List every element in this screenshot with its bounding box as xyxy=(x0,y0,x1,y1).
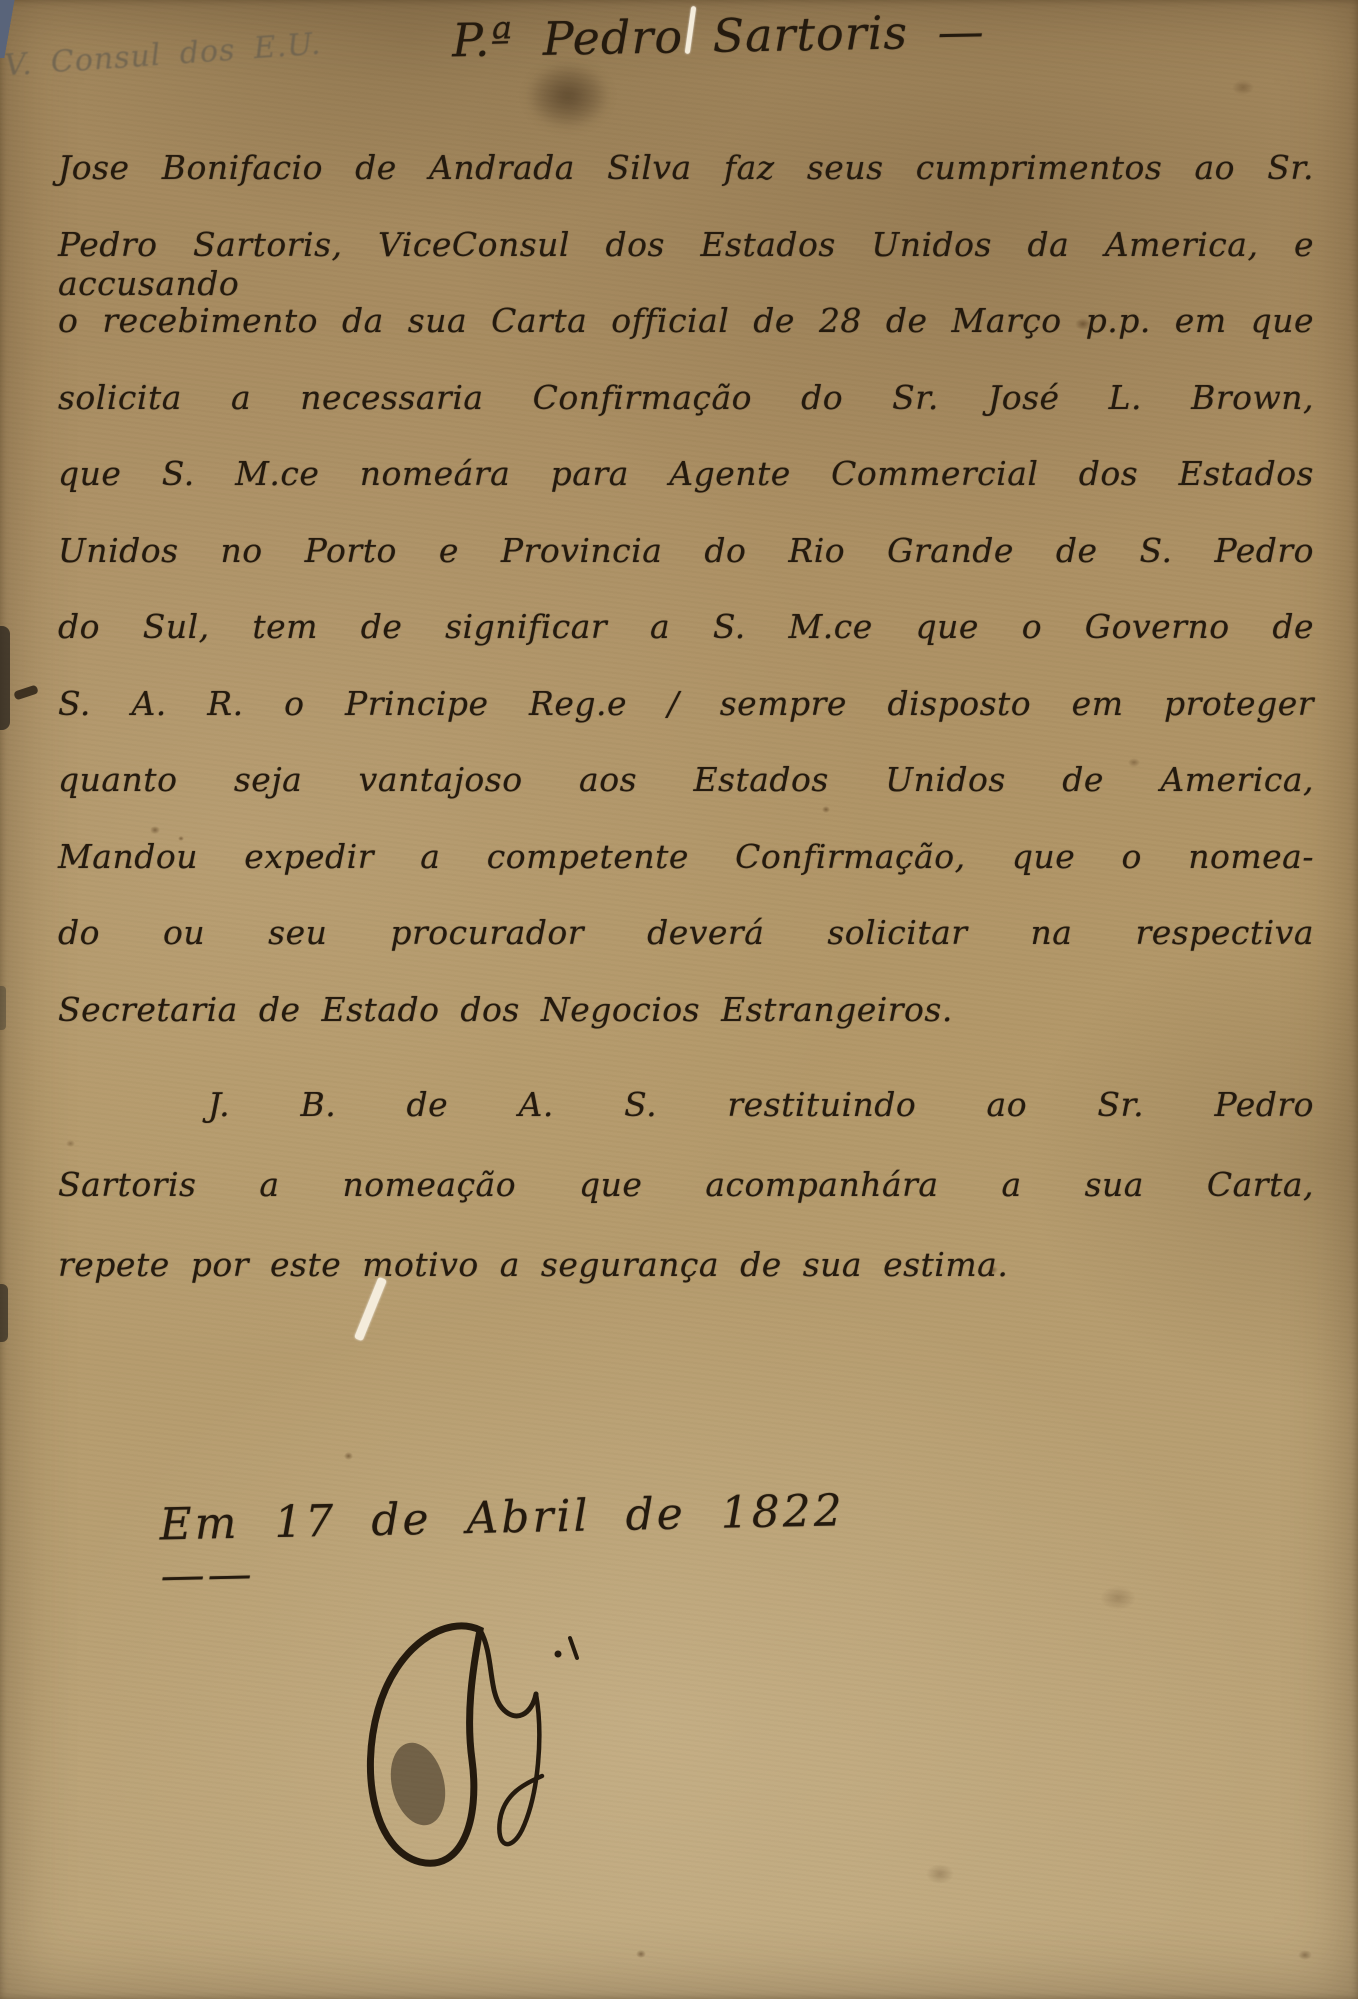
paragraph-2: J. B. de A. S. restituindo ao Sr. Pedro … xyxy=(58,1085,1314,1325)
manuscript-line: Secretaria de Estado dos Negocios Estran… xyxy=(58,990,1314,1067)
paragraph-1: Jose Bonifacio de Andrada Silva faz seus… xyxy=(58,148,1314,1066)
pencil-annotation: V. Consul dos E.U. xyxy=(3,19,424,83)
page-edge-mark xyxy=(0,0,16,58)
manuscript-line: o recebimento da sua Carta official de 2… xyxy=(58,301,1314,378)
manuscript-line: Mandou expedir a competente Confirmação,… xyxy=(58,837,1314,914)
date-line: Em 17 de Abril de 1822 —— xyxy=(159,1484,881,1601)
stain xyxy=(822,806,830,813)
signature-flourish xyxy=(330,1612,610,1902)
ink-smudge xyxy=(512,52,624,140)
stain xyxy=(1128,758,1140,767)
manuscript-line: Unidos no Porto e Provincia do Rio Grand… xyxy=(58,531,1314,608)
stain xyxy=(1298,1950,1312,1960)
stain xyxy=(1100,1586,1136,1610)
manuscript-line: do Sul, tem de significar a S. M.ce que … xyxy=(58,607,1314,684)
manuscript-line: solicita a necessaria Confirmação do Sr.… xyxy=(58,378,1314,455)
manuscript-line: Pedro Sartoris, ViceConsul dos Estados U… xyxy=(58,225,1314,302)
manuscript-line: Sartoris a nomeação que acompanhára a su… xyxy=(58,1165,1314,1245)
manuscript-line: que S. M.ce nomeára para Agente Commerci… xyxy=(58,454,1314,531)
stain xyxy=(178,836,184,841)
stain xyxy=(1232,80,1254,95)
page-edge-mark xyxy=(13,685,39,701)
page-edge-mark xyxy=(0,1284,8,1342)
stain xyxy=(988,1266,998,1274)
manuscript-line: repete por este motivo a segurança de su… xyxy=(58,1245,1314,1325)
manuscript-page: V. Consul dos E.U. P.ª Pedro Sartoris — … xyxy=(0,0,1358,1999)
stain xyxy=(636,1950,646,1958)
stain xyxy=(1075,318,1091,330)
manuscript-line: J. B. de A. S. restituindo ao Sr. Pedro xyxy=(58,1085,1314,1165)
stain xyxy=(344,1452,353,1460)
manuscript-line: S. A. R. o Principe Reg.e / sempre dispo… xyxy=(58,684,1314,761)
page-edge-mark xyxy=(0,986,6,1030)
manuscript-line: Jose Bonifacio de Andrada Silva faz seus… xyxy=(58,148,1314,225)
page-edge-mark xyxy=(0,626,10,730)
stain xyxy=(66,1140,75,1147)
manuscript-line: quanto seja vantajoso aos Estados Unidos… xyxy=(58,760,1314,837)
manuscript-line: do ou seu procurador deverá solicitar na… xyxy=(58,913,1314,990)
stain xyxy=(150,826,160,834)
stain xyxy=(926,1864,954,1884)
